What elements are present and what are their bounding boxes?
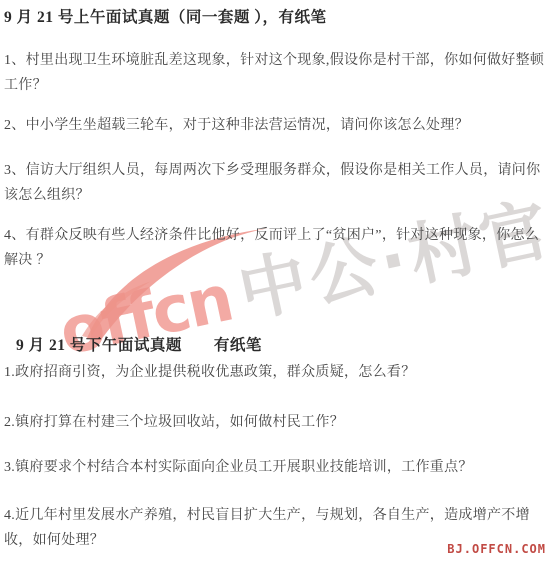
- question-morning-4: 4、有群众反映有些人经济条件比他好，反而评上了“贫困户”，针对这种现象，你怎么解…: [4, 223, 553, 273]
- section-title-morning: 9 月 21 号上午面试真题（同一套题 ），有纸笔: [4, 8, 552, 28]
- footer-site-url: BJ.OFFCN.COM: [447, 542, 546, 556]
- question-afternoon-2: 2.镇府打算在村建三个垃圾回收站，如何做村民工作？: [4, 410, 553, 435]
- question-afternoon-3: 3.镇府要求个村结合本村实际面向企业员工开展职业技能培训，工作重点？: [4, 455, 553, 480]
- section-title-afternoon: 9 月 21 号下午面试真题 有纸笔: [16, 336, 552, 356]
- question-afternoon-1: 1.政府招商引资，为企业提供税收优惠政策，群众质疑，怎么看？: [4, 360, 553, 385]
- question-morning-3: 3、信访大厅组织人员，每周两次下乡受理服务群众，假设你是相关工作人员，请问你该怎…: [4, 158, 553, 208]
- question-morning-2: 2、中小学生坐超载三轮车，对于这种非法营运情况，请问你该怎么处理？: [4, 113, 553, 138]
- question-morning-1: 1、村里出现卫生环境脏乱差这现象，针对这个现象,假设你是村干部，你如何做好整顿工…: [4, 48, 553, 98]
